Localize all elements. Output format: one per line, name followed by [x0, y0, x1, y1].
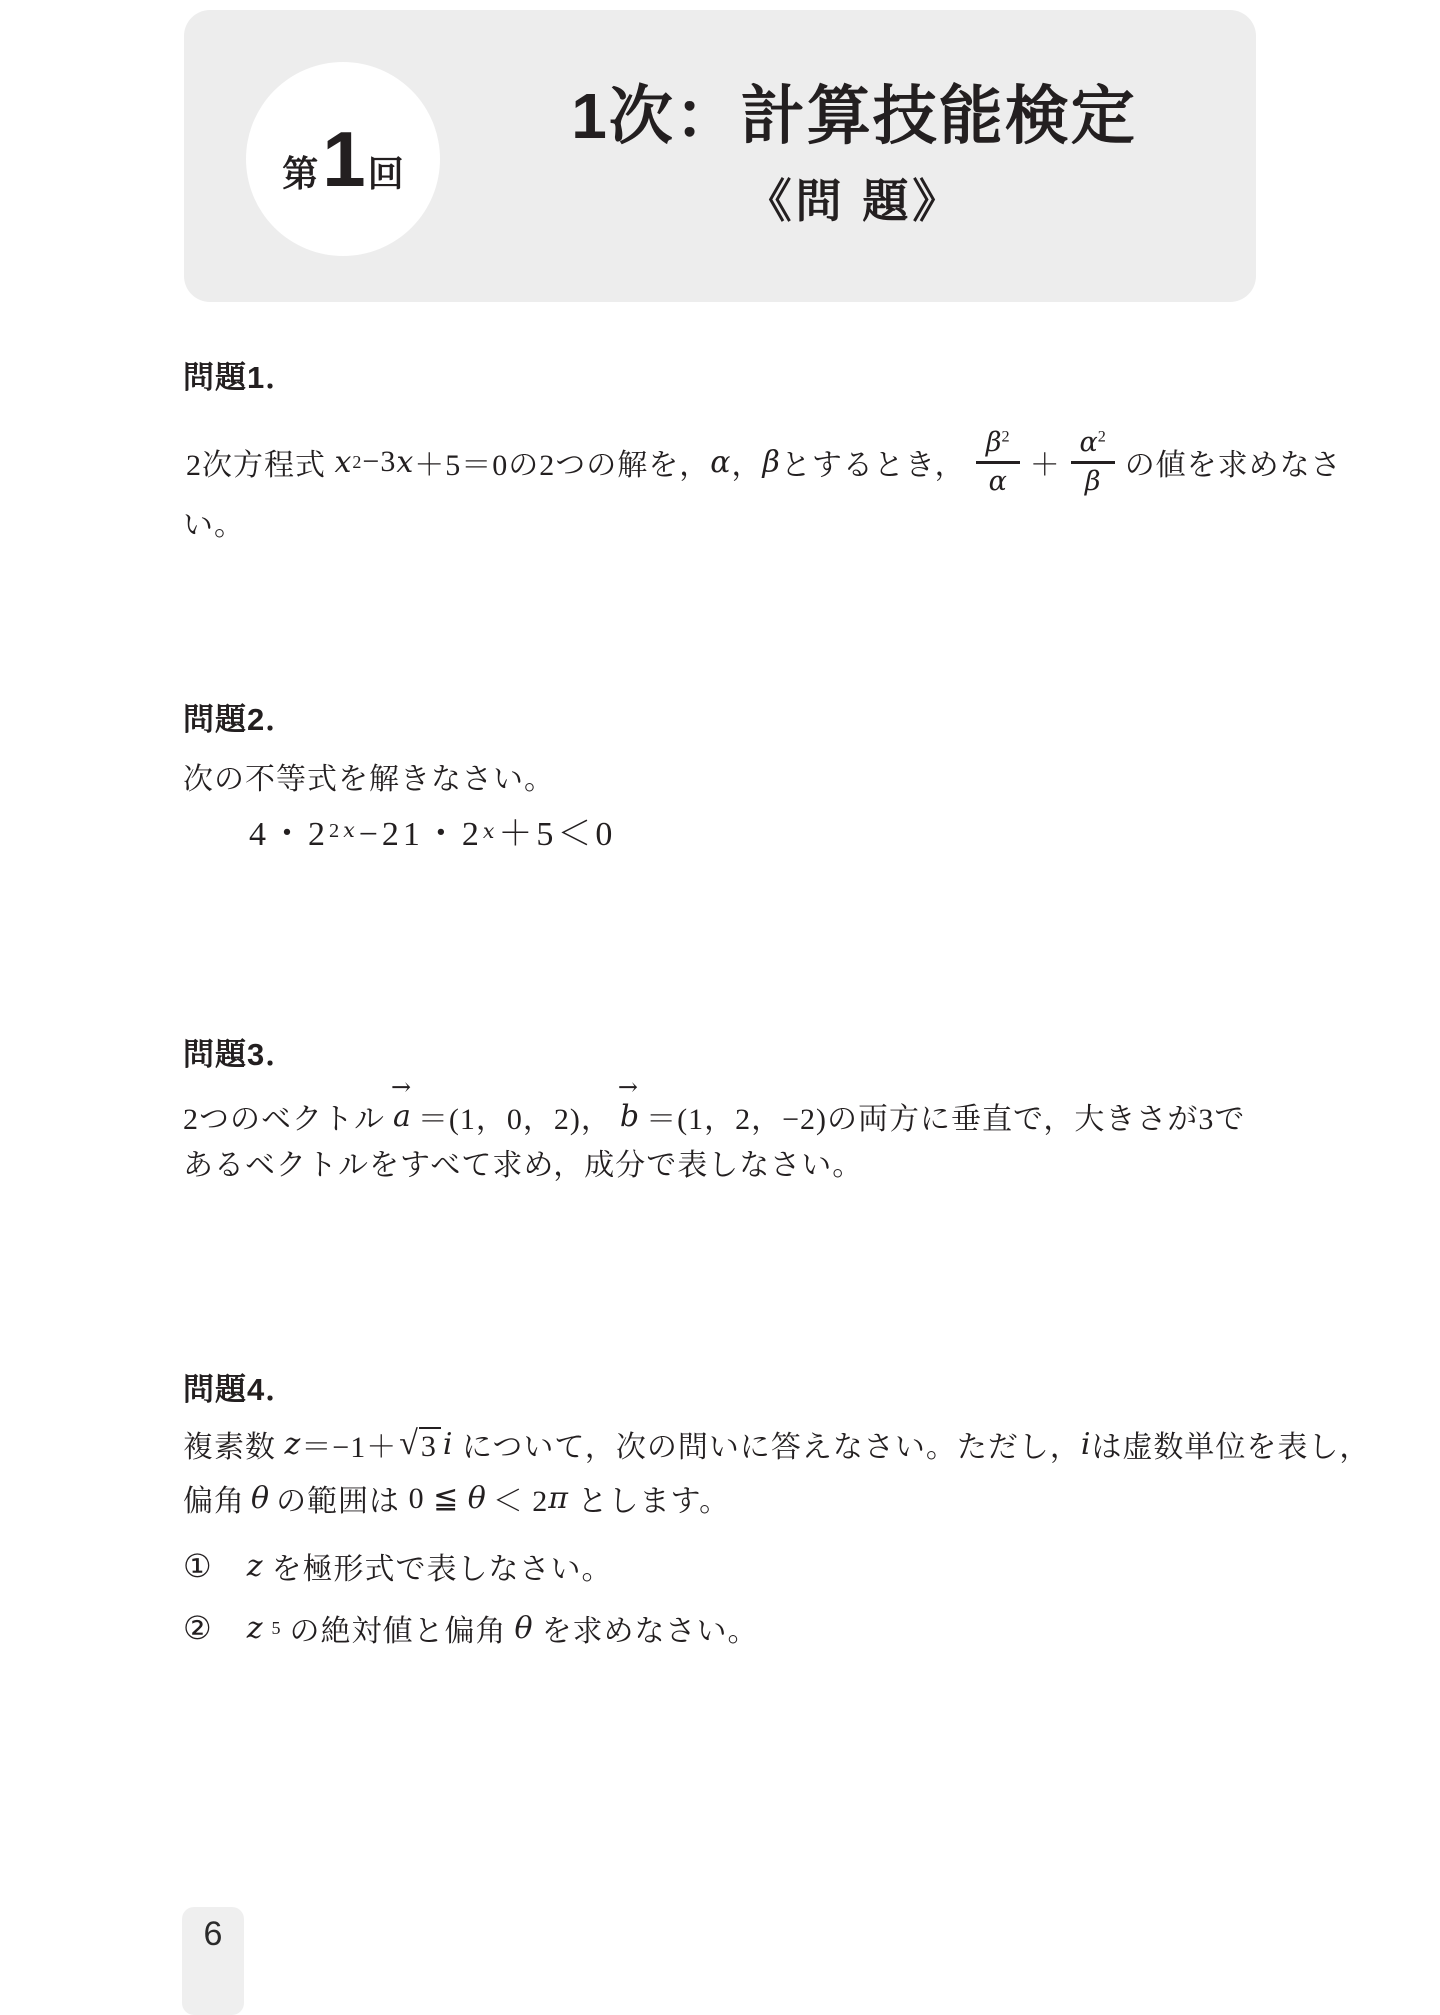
p3-text-c: ＝(1，2，−2)の両方に垂直で，大きさが3で — [646, 1094, 1245, 1138]
p1-fraction-1: β2α — [976, 428, 1020, 496]
round-prefix: 第 — [282, 153, 318, 194]
page-number: 6 — [204, 1907, 223, 1954]
p4-text-c: について，次の問いに答えなさい。ただし， — [454, 1422, 1081, 1466]
item2-text1: の絶対値と偏角 — [290, 1606, 507, 1650]
p4-l2-d: ＜ 2 — [493, 1476, 549, 1520]
problem4-item2: ②z5の絶対値と偏角θを求めなさい。 — [183, 1606, 759, 1650]
p2-f-a: 4・2 — [249, 806, 329, 855]
p2-f-sup1: 2x — [329, 830, 359, 831]
problem2-heading: 問題2． — [183, 704, 297, 735]
problem2-formula: 4・22x−21・2x＋5＜0 — [249, 806, 616, 855]
item1-circled-number: ① — [183, 1547, 213, 1585]
p1-comma: ， — [732, 440, 763, 484]
p1-text-c: ＋5＝0 — [414, 440, 508, 484]
p3-vector-a: →a — [393, 1099, 412, 1134]
problem4-heading: 問題4． — [183, 1374, 297, 1405]
p1-frac1-numerator: β2 — [982, 428, 1014, 457]
p4-l2-e: とします。 — [569, 1476, 730, 1520]
p1-frac1-num-var: β — [986, 427, 1002, 458]
p1-var-alpha: α — [710, 445, 731, 480]
p4-l2-c: 0 ≦ — [409, 1481, 468, 1516]
p3-vector-a-letter: a — [393, 1099, 412, 1134]
p1-text-d: の2つの解を， — [508, 440, 710, 484]
p1-frac1-denominator: α — [985, 468, 1011, 496]
problem4-line2: 偏角θの範囲は 0 ≦ θ＜ 2π とします。 — [183, 1477, 730, 1519]
problem1-line1: 2次方程式 x2−3x＋5＝0の2つの解を，α，βとするとき，β2α＋α2βの値… — [186, 412, 1342, 512]
p4-var-theta2: θ — [468, 1481, 487, 1516]
p2-f-sup1-num: 2 — [329, 820, 343, 842]
item1-text: を極形式で表しなさい。 — [272, 1544, 613, 1588]
problem2-intro: 次の不等式を解きなさい。 — [183, 760, 555, 801]
problem1-heading: 問題1． — [183, 362, 297, 393]
item2-var-z: z — [247, 1611, 264, 1646]
round-suffix: 回 — [368, 153, 404, 194]
p4-var-i1: i — [443, 1427, 454, 1462]
p2-f-sup1-var: x — [343, 818, 359, 842]
p1-fraction-2: α2β — [1071, 428, 1115, 496]
item2-circled-number: ② — [183, 1609, 213, 1647]
p4-var-z: z — [285, 1427, 302, 1462]
exam-header-banner: 第1回 1次：計算技能検定 《問 題》 — [184, 10, 1256, 302]
p4-var-theta1: θ — [251, 1481, 270, 1516]
p4-var-pi: π — [548, 1481, 569, 1516]
problem3-line2: あるベクトルをすべて求め，成分で表しなさい。 — [183, 1146, 863, 1187]
problem3-heading: 問題3． — [183, 1039, 297, 1070]
problem4-line1: 複素数 z＝−1＋√3i について，次の問いに答えなさい。ただし，iは虚数単位を… — [183, 1418, 1370, 1470]
page-number-tab: 6 — [182, 1907, 244, 2015]
problem1-line2: い。 — [183, 506, 245, 547]
p1-plus: ＋ — [1030, 440, 1061, 484]
round-number: 1 — [318, 115, 367, 203]
p4-radicand: 3 — [419, 1427, 441, 1462]
p3-vector-b-arrow-icon: → — [618, 1073, 638, 1101]
p3-vector-a-arrow-icon: → — [391, 1073, 411, 1101]
item2-text2: を求めなさい。 — [542, 1606, 759, 1650]
p1-frac1-bar — [976, 461, 1020, 464]
p1-text-a: 2次方程式 — [186, 440, 335, 484]
p4-text-d: は虚数単位を表し， — [1091, 1422, 1370, 1466]
p4-var-i2: i — [1081, 1427, 1092, 1462]
p4-text-b: ＝−1＋ — [301, 1422, 397, 1466]
p4-l2-a: 偏角 — [183, 1476, 245, 1520]
p1-var-beta: β — [763, 445, 781, 480]
p1-var-x1: x — [335, 445, 353, 480]
p4-square-root: √3 — [399, 1427, 441, 1462]
p1-frac2-bar — [1071, 461, 1115, 464]
p1-frac1-num-sup: 2 — [1001, 427, 1009, 445]
problem4-item1: ①zを極形式で表しなさい。 — [183, 1544, 613, 1588]
p4-l2-b: の範囲は — [276, 1476, 409, 1520]
round-number-text: 第1回 — [282, 120, 403, 198]
item2-var-theta: θ — [515, 1611, 534, 1646]
p1-frac2-denominator: β — [1081, 468, 1105, 496]
exam-subtitle: 《問 題》 — [746, 165, 963, 231]
p3-text-a: 2つのベクトル — [183, 1094, 385, 1138]
p3-vector-b: →b — [620, 1099, 640, 1134]
p4-text-a: 複素数 — [183, 1422, 285, 1466]
p1-var-x2: x — [396, 445, 414, 480]
round-number-badge: 第1回 — [246, 62, 440, 256]
p1-text-f: の値を求めなさ — [1125, 440, 1342, 484]
p1-frac2-numerator: α2 — [1076, 428, 1110, 457]
exam-title: 1次：計算技能検定 — [571, 81, 1137, 151]
title-block: 1次：計算技能検定 《問 題》 — [474, 10, 1234, 302]
item1-var-z: z — [247, 1549, 264, 1584]
p3-vector-b-letter: b — [620, 1099, 640, 1134]
p2-f-c: ＋5＜0 — [498, 806, 616, 855]
p1-frac2-num-var: α — [1080, 427, 1098, 458]
p4-root-sign: √ — [399, 1427, 419, 1461]
p3-text-b: ＝(1，0，2)， — [418, 1094, 612, 1138]
p1-text-e: とするとき， — [781, 440, 966, 484]
p2-f-b: −21・2 — [359, 806, 483, 855]
p1-text-b: −3 — [362, 445, 396, 479]
p1-frac2-num-sup: 2 — [1098, 427, 1106, 445]
problem3-line1: 2つのベクトル→a＝(1，0，2)，→b＝(1，2，−2)の両方に垂直で，大きさ… — [183, 1092, 1245, 1140]
